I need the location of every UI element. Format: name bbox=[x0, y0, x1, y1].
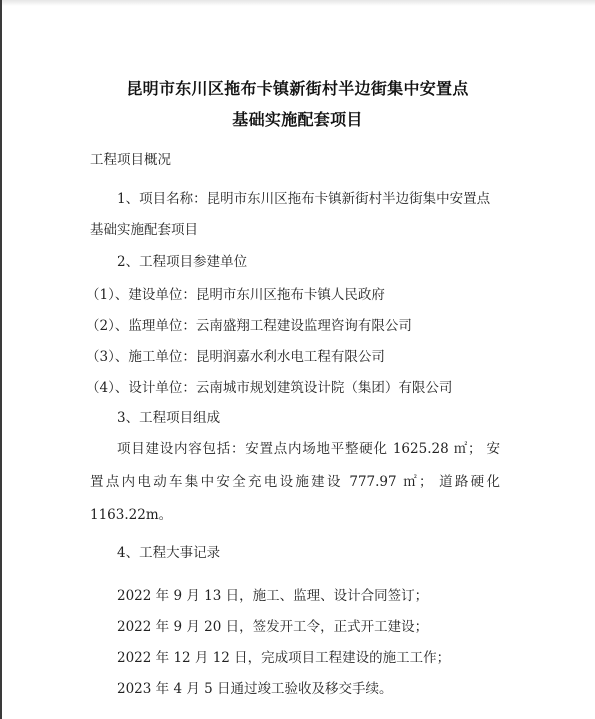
item3-heading: 3、工程项目组成 bbox=[117, 406, 220, 426]
item1-project-name-line1: 1、项目名称：昆明市东川区拖布卡镇新街村半边街集中安置点 bbox=[117, 187, 490, 207]
item3-content-line1: 项目建设内容包括：安置点内场地平整硬化 1625.28 ㎡； 安 bbox=[117, 437, 500, 457]
document-title-line-2: 基础实施配套项目 bbox=[0, 107, 595, 130]
item2-heading: 2、工程项目参建单位 bbox=[117, 250, 247, 270]
unit-design: （4）、设计单位：云南城市规划建筑设计院（集团）有限公司 bbox=[86, 376, 452, 396]
item1-project-name-line2: 基础实施配套项目 bbox=[90, 218, 198, 238]
event-contract-signed: 2022 年 9 月 13 日，施工、监理、设计合同签订； bbox=[117, 584, 428, 604]
item3-content-line2: 置点内电动车集中安全充电设施建设 777.97 ㎡； 道路硬化 bbox=[90, 470, 500, 490]
section-heading: 工程项目概况 bbox=[90, 148, 171, 168]
event-acceptance: 2023 年 4 月 5 日通过竣工验收及移交手续。 bbox=[117, 677, 393, 697]
unit-construction-owner: （1）、建设单位：昆明市东川区拖布卡镇人民政府 bbox=[86, 283, 385, 303]
event-construction-complete: 2022 年 12 月 12 日，完成项目工程建设的施工工作； bbox=[117, 646, 450, 666]
item3-content-line3: 1163.22m。 bbox=[90, 503, 172, 523]
document-page: 昆明市东川区拖布卡镇新街村半边街集中安置点 基础实施配套项目 工程项目概况 1、… bbox=[0, 0, 595, 719]
unit-supervision: （2）、监理单位：云南盛翔工程建设监理咨询有限公司 bbox=[86, 314, 412, 334]
item4-heading: 4、工程大事记录 bbox=[117, 541, 220, 561]
event-start-order: 2022 年 9 月 20 日，签发开工令，正式开工建设； bbox=[117, 615, 428, 635]
unit-contractor: （3）、施工单位：昆明润嘉水利水电工程有限公司 bbox=[86, 345, 385, 365]
document-title-line-1: 昆明市东川区拖布卡镇新街村半边街集中安置点 bbox=[0, 76, 595, 99]
